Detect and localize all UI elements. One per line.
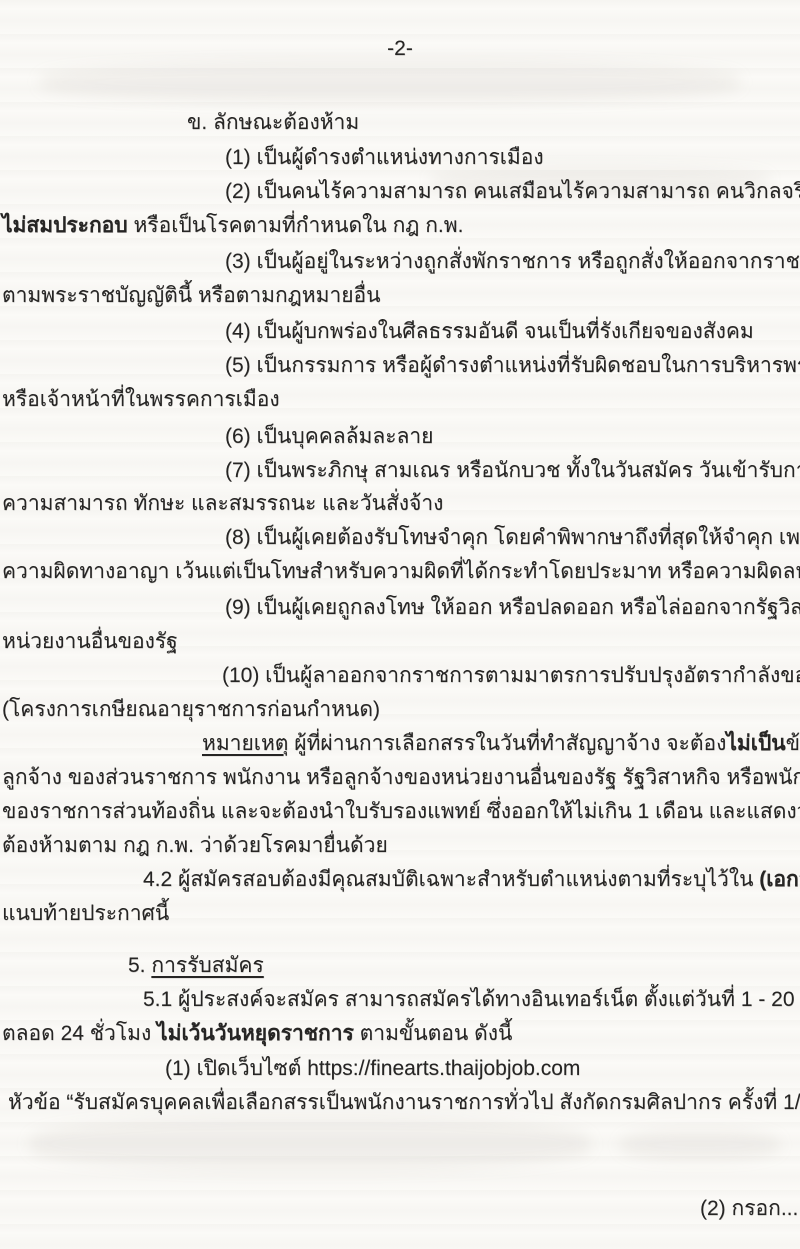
section-b-heading: ข. ลักษณะต้องห้าม bbox=[187, 108, 359, 138]
clause-4-2: 4.2 ผู้สมัครสอบต้องมีคุณสมบัติเฉพาะสำหรั… bbox=[143, 865, 800, 895]
scan-artifact bbox=[30, 1118, 590, 1170]
prohibited-item-7: (7) เป็นพระภิกษุ สามเณร หรือนักบวช ทั้งใ… bbox=[225, 456, 800, 486]
prohibited-item-5: (5) เป็นกรรมการ หรือผู้ดำรงตำแหน่งที่รับ… bbox=[225, 351, 800, 381]
clause-4-2-cont: แนบท้ายประกาศนี้ bbox=[2, 899, 169, 929]
prohibited-item-8-cont: ความผิดทางอาญา เว้นแต่เป็นโทษสำหรับความผ… bbox=[2, 557, 800, 587]
scan-artifact bbox=[620, 1130, 780, 1160]
page-number: -2- bbox=[0, 34, 800, 64]
prohibited-item-10: (10) เป็นผู้ลาออกจากราชการตามมาตรการปรับ… bbox=[222, 661, 800, 691]
prohibited-item-1: (1) เป็นผู้ดำรงตำแหน่งทางการเมือง bbox=[225, 143, 544, 173]
note-line-3: ของราชการส่วนท้องถิ่น และจะต้องนำใบรับรอ… bbox=[2, 797, 800, 827]
prohibited-item-5-cont: หรือเจ้าหน้าที่ในพรรคการเมือง bbox=[2, 385, 280, 415]
step-1-website: (1) เปิดเว็บไซต์ https://finearts.thaijo… bbox=[165, 1054, 580, 1084]
prohibited-item-6: (6) เป็นบุคคลล้มละลาย bbox=[225, 422, 433, 452]
clause-5-1-line-2: ตลอด 24 ชั่วโมง ไม่เว้นวันหยุดราชการ ตาม… bbox=[2, 1019, 512, 1049]
page-number-text: -2- bbox=[387, 37, 413, 60]
step-2-partial: (2) กรอก... bbox=[700, 1194, 798, 1224]
prohibited-item-7-cont: ความสามารถ ทักษะ และสมรรถนะ และวันสั่งจ้… bbox=[2, 489, 443, 519]
prohibited-item-3-cont: ตามพระราชบัญญัตินี้ หรือตามกฎหมายอื่น bbox=[2, 281, 381, 311]
prohibited-item-10-cont: (โครงการเกษียณอายุราชการก่อนกำหนด) bbox=[2, 695, 380, 725]
clause-5-1-line-1: 5.1 ผู้ประสงค์จะสมัคร สามารถสมัครได้ทางอ… bbox=[143, 985, 800, 1015]
prohibited-item-3: (3) เป็นผู้อยู่ในระหว่างถูกสั่งพักราชการ… bbox=[225, 247, 800, 277]
scan-artifact bbox=[40, 62, 740, 102]
step-1-topic: หัวข้อ “รับสมัครบุคคลเพื่อเลือกสรรเป็นพน… bbox=[8, 1088, 800, 1118]
note-label: หมายเหตุ bbox=[202, 732, 288, 755]
prohibited-item-4: (4) เป็นผู้บกพร่องในศีลธรรมอันดี จนเป็นท… bbox=[225, 317, 754, 347]
prohibited-item-9-cont: หน่วยงานอื่นของรัฐ bbox=[2, 627, 178, 657]
document-page: -2- ข. ลักษณะต้องห้าม (1) เป็นผู้ดำรงตำแ… bbox=[0, 0, 800, 1249]
section-5-heading: 5. การรับสมัคร bbox=[128, 951, 264, 981]
note-line-4: ต้องห้ามตาม กฎ ก.พ. ว่าด้วยโรคมายื่นด้วย bbox=[2, 831, 388, 861]
prohibited-item-2-cont: ไม่สมประกอบ หรือเป็นโรคตามที่กำหนดใน กฎ … bbox=[2, 211, 463, 241]
note-line-1: หมายเหตุ ผู้ที่ผ่านการเลือกสรรในวันที่ทำ… bbox=[202, 729, 800, 759]
prohibited-item-2: (2) เป็นคนไร้ความสามารถ คนเสมือนไร้ความส… bbox=[225, 177, 800, 207]
prohibited-item-8: (8) เป็นผู้เคยต้องรับโทษจำคุก โดยคำพิพาก… bbox=[225, 523, 800, 553]
prohibited-item-9: (9) เป็นผู้เคยถูกลงโทษ ให้ออก หรือปลดออก… bbox=[225, 593, 800, 623]
note-line-2: ลูกจ้าง ของส่วนราชการ พนักงาน หรือลูกจ้า… bbox=[2, 763, 800, 793]
